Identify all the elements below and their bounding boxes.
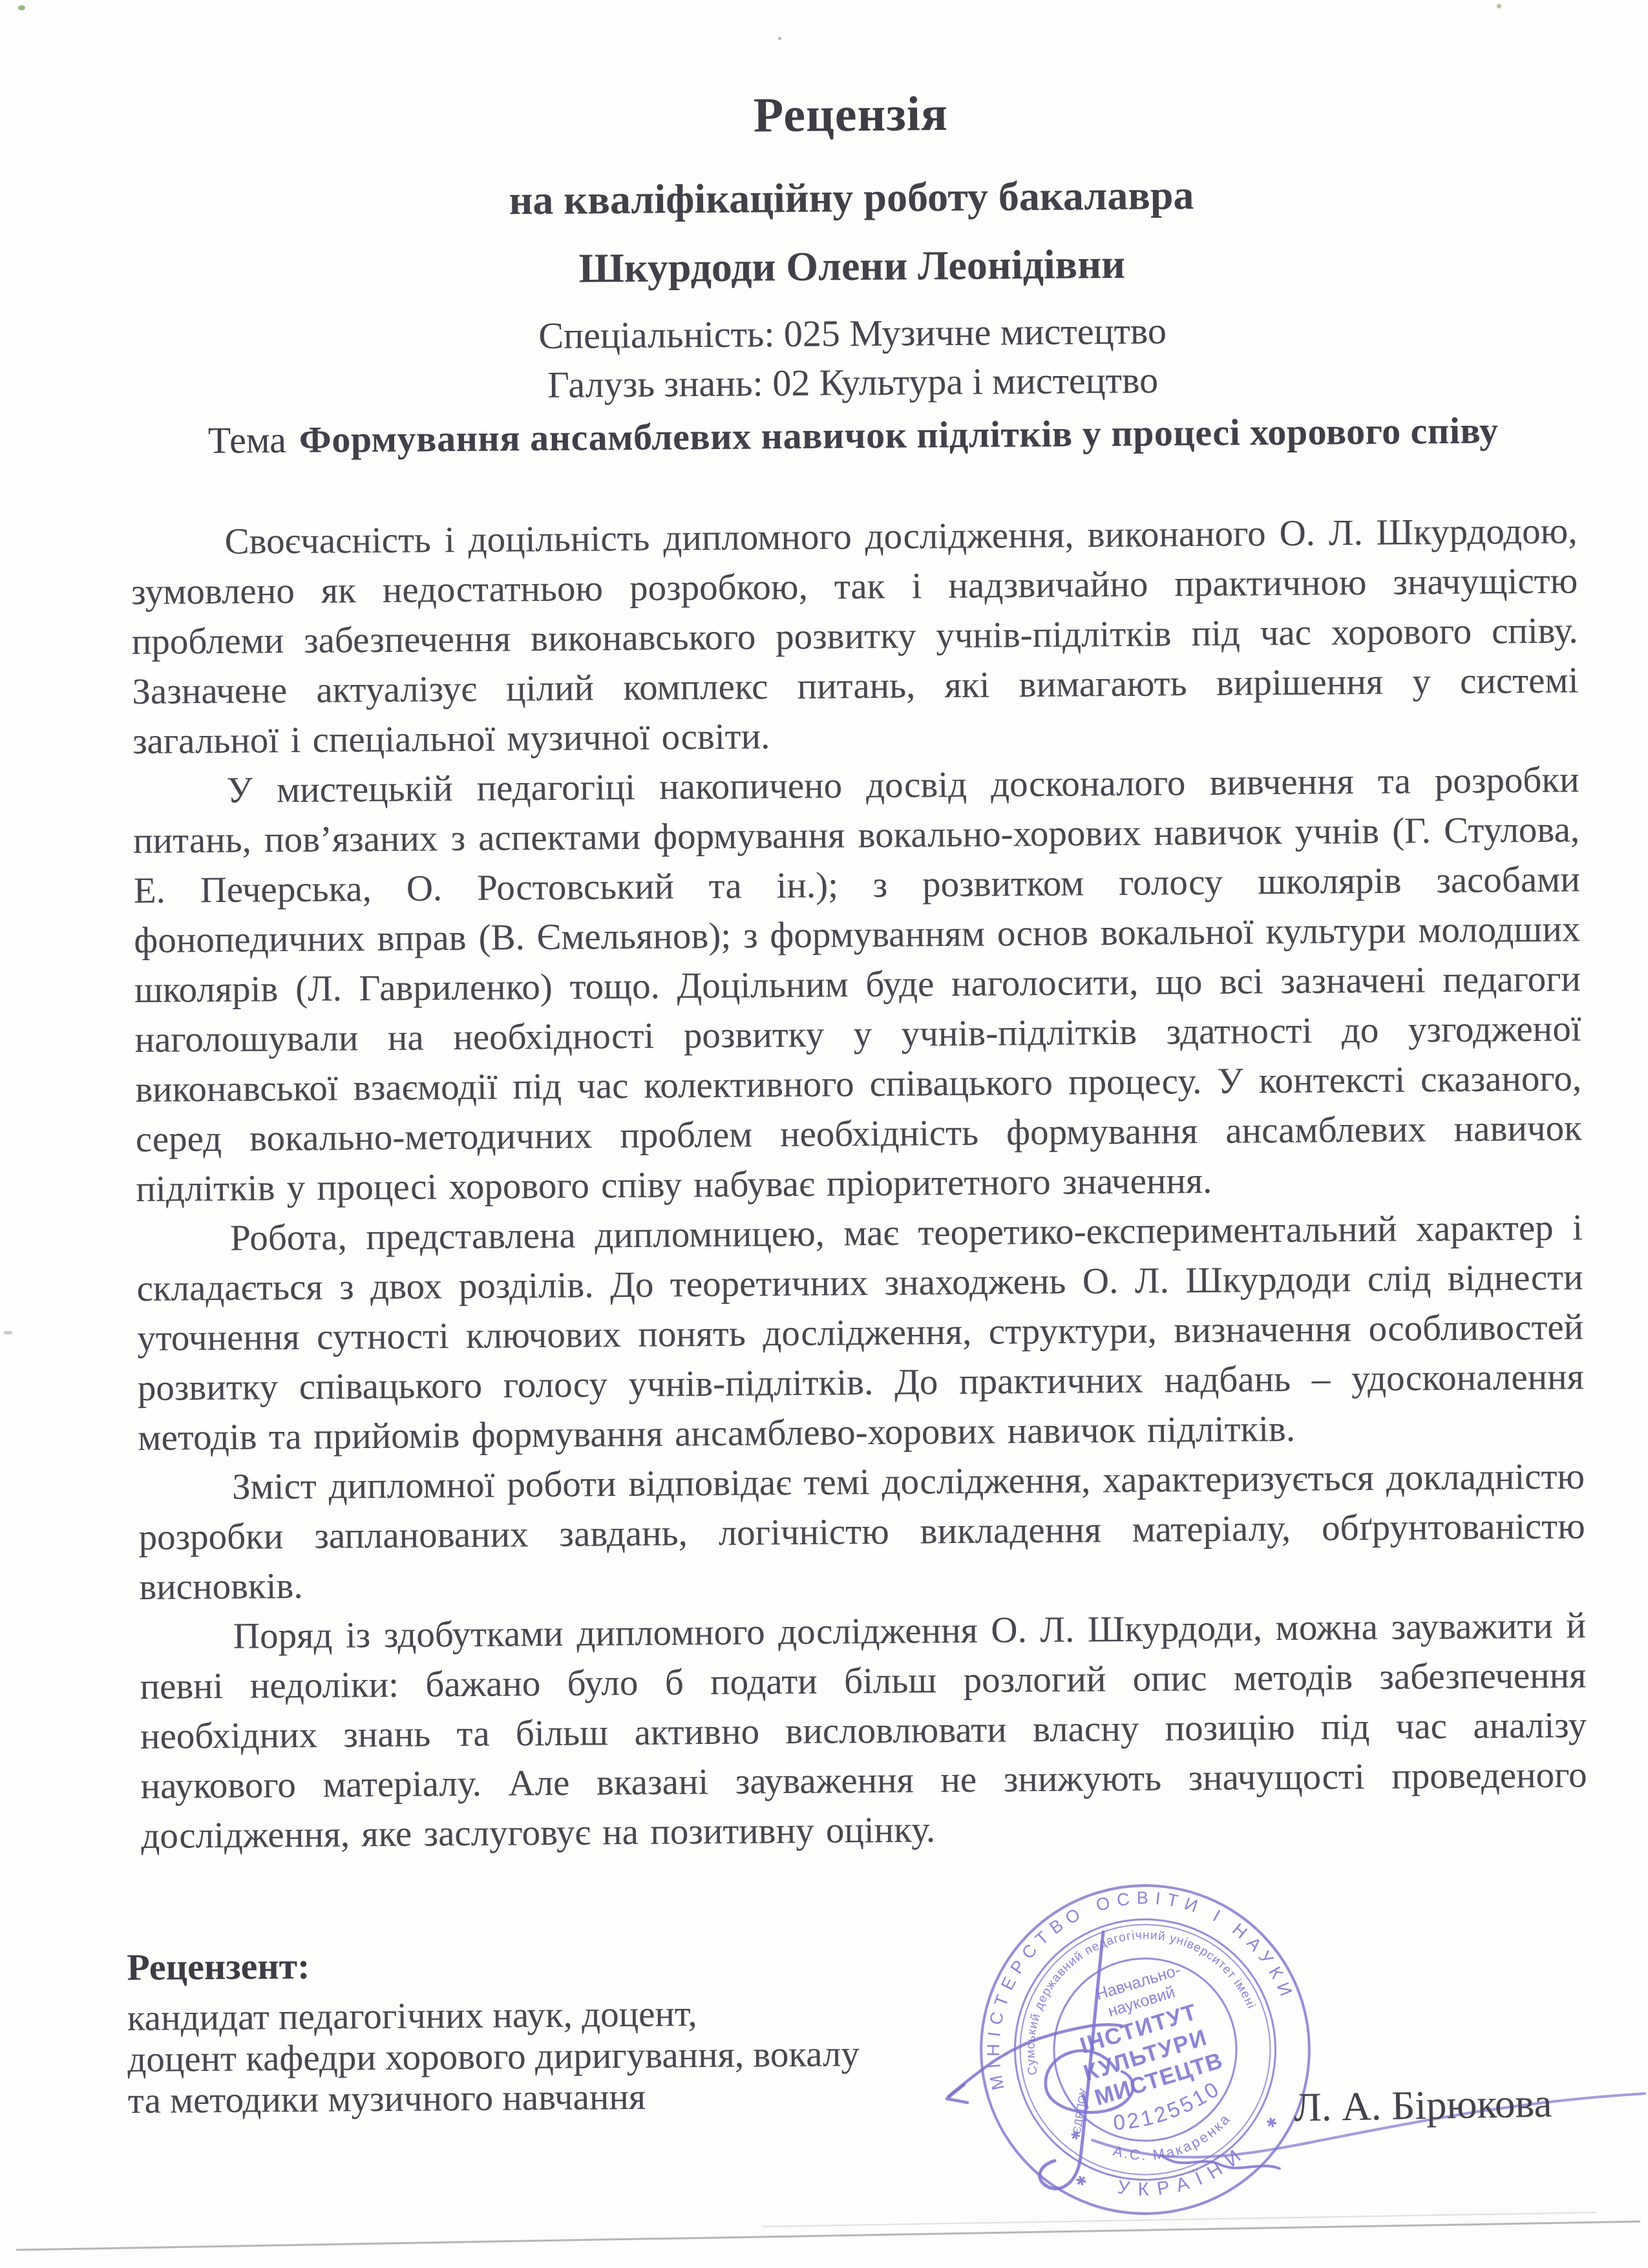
theme-title: Формування ансамблевих навичок підлітків… xyxy=(299,409,1499,461)
reviewer-credential: кандидат педагогічних наук, доцент, xyxy=(127,1992,860,2039)
document-subtitle: на кваліфікаційну роботу бакалавра xyxy=(128,169,1574,227)
body-paragraph: Зміст дипломної роботи відповідає темі д… xyxy=(138,1451,1586,1612)
reviewer-block: Рецензент: кандидат педагогічних наук, д… xyxy=(127,1940,860,2122)
body-paragraph: Поряд із здобутками дипломного досліджен… xyxy=(140,1601,1588,1861)
review-body: Своєчасність і доцільність дипломного до… xyxy=(131,506,1587,1861)
body-paragraph: Робота, представлена дипломницею, має те… xyxy=(136,1202,1585,1463)
scan-artifact-speck xyxy=(4,1331,12,1334)
reviewer-credential: доцент кафедри хорового диригування, вок… xyxy=(127,2033,860,2081)
signature-strokes xyxy=(947,1932,1645,2189)
scan-artifact-speck xyxy=(18,5,25,10)
theme-label: Тема xyxy=(208,419,287,461)
theme-line: ТемаФормування ансамблевих навичок підлі… xyxy=(130,406,1576,465)
reviewer-label: Рецензент: xyxy=(127,1940,859,1989)
document-content: Рецензія на кваліфікаційну роботу бакала… xyxy=(127,0,1588,1861)
reviewer-credential: та методики музичного навчання xyxy=(128,2075,860,2122)
scan-edge-line xyxy=(0,2190,1648,2268)
author-name: Шкурдоди Олени Леонідівни xyxy=(129,237,1575,295)
body-paragraph: У мистецькій педагогіці накопичено досві… xyxy=(132,755,1582,1214)
scanned-review-page: Рецензія на кваліфікаційну роботу бакала… xyxy=(0,0,1648,2268)
specialty-line: Спеціальність: 025 Музичне мистецтво xyxy=(129,307,1576,360)
body-paragraph: Своєчасність і доцільність дипломного до… xyxy=(131,506,1579,766)
reviewer-signature-name: Л. А. Бірюкова xyxy=(1293,2080,1552,2132)
field-line: Галузь знань: 02 Культура і мистецтво xyxy=(129,356,1576,409)
document-title: Рецензія xyxy=(127,82,1574,147)
